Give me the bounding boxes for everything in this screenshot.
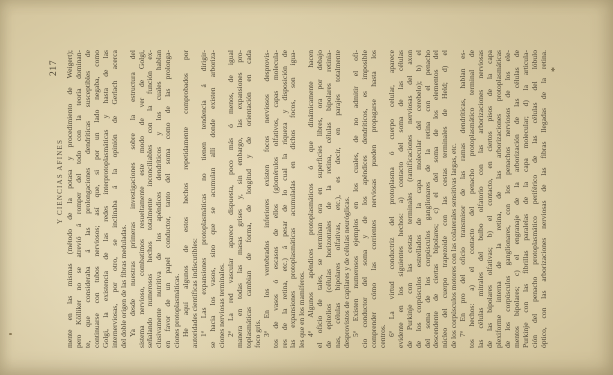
text-line: 4ª Algunos apéndices protoplasmáticos ó … — [307, 50, 316, 348]
text-line: se hacia los vasos, sino que se acumulan… — [209, 50, 218, 348]
text-line: 3ª En los vertebrados inferiores existen… — [263, 50, 272, 348]
text-line: Golgi, la existencia de las redes interp… — [102, 50, 111, 348]
text-line: núcleo del cuerpo trapezoide con las ces… — [441, 50, 450, 348]
running-head: Y CIENCIAS AFINES 217 — [52, 0, 66, 375]
text-line: las células mitrales del bulbo olfatorio… — [477, 50, 486, 348]
text-line: de los corpúsculos motores con las colat… — [450, 50, 459, 348]
text-line: tos hechos: a) el contacto del penacho p… — [468, 50, 477, 348]
text-line: 5ª Existen numerosos ejemplos en los cua… — [352, 50, 361, 348]
text-line: comprender cómo las corrientes nerviosas… — [370, 50, 379, 348]
text-line: foco gris. — [254, 50, 263, 348]
text-line: señalando numerosos hechos totalmente in… — [146, 50, 155, 348]
page-content: Y CIENCIAS AFINES 217 mente en las misma… — [0, 0, 613, 375]
text-line: del soma de los corpúsculos ganglionares… — [424, 50, 433, 348]
text-line: desprovistos de capilares y de células n… — [343, 50, 352, 348]
text-line: Ya desde nuestras primeras investigacion… — [129, 50, 138, 348]
text-line: el oficio de tales, se terminan ora en s… — [316, 50, 325, 348]
running-header: Y CIENCIAS AFINES — [56, 139, 64, 224]
text-line: centros. — [379, 50, 388, 348]
text-line: descendente de ciertas bipolares; c) el … — [432, 50, 441, 348]
text-line: les que en los mamíferos. — [298, 50, 307, 348]
text-line: las expansiones protoplasmáticas acumula… — [289, 50, 298, 348]
text-line: 6ª La virtud conductriz del protoplasma … — [388, 50, 397, 348]
text-line: óptico, con las arborizaciones nerviosas… — [540, 50, 549, 348]
footnote-asterisk: * — [550, 67, 561, 72]
text-line: nas, células bipolares olfativas, etc.),… — [334, 50, 343, 348]
text-line: de las bipolares olfativas; b) el contac… — [486, 50, 495, 348]
text-line: pero Kölliker no se atrevió á romper del… — [75, 50, 84, 348]
text-line: continuarse con tubos nerviosos; así que… — [93, 50, 102, 348]
text-line: en favor de un papel conductor, tanto de… — [164, 50, 173, 348]
text-line: ción del penacho protoplasmático perifér… — [531, 50, 540, 348]
text-line: evidente en los siguientes hechos: a) co… — [397, 50, 406, 348]
text-line: cio conductor del soma y de los apéndice… — [361, 50, 370, 348]
text-line: clusivamente nutritiva de los apéndices … — [155, 50, 164, 348]
text-line: ciones nerviosas terminales. — [218, 50, 227, 348]
text-line: 2ª La red vascular aparece dispuesta, po… — [227, 50, 236, 348]
paper-speck — [9, 333, 12, 335]
text-line: de los corpúsculos ganglionares, con los… — [504, 50, 513, 348]
text-line: te, que consideraba á las prolongaciones… — [84, 50, 93, 348]
text-line: del doble origen de las fibras meduladas… — [120, 50, 129, 348]
text-line: sistema nervioso, combatimos resueltamen… — [138, 50, 147, 348]
text-line: internerviosas, por otro, se inclinaba á… — [111, 50, 120, 348]
text-line: res de la retina, etc.) á pesar de lo cu… — [281, 50, 290, 348]
text-line: mentos bipolares; c) el engranaje de la … — [513, 50, 522, 348]
scanned-page: Y CIENCIAS AFINES 217 mente en las misma… — [0, 0, 613, 375]
text-line: de epitelios (células horizontales de la… — [325, 50, 334, 348]
text-line: de Purkinje con las cestas terminales (r… — [406, 50, 415, 348]
text-line: mente en las mismas (método de la potasa… — [66, 50, 75, 348]
text-line: ciones protoplasmáticas. — [173, 50, 182, 348]
text-line: He aquí algunos de estos hechos repetida… — [182, 50, 191, 348]
text-line: Purkinje con las fibrillas paralelas de … — [522, 50, 531, 348]
page-number: 217 — [49, 60, 59, 76]
text-line: tos de vasos ó escasos de ellos (gloméru… — [272, 50, 281, 348]
text-line: toplasmáticas cambian de forma, de longi… — [245, 50, 254, 348]
text-line: autoridades científicas indiscutibles: — [191, 50, 200, 348]
text-line: 1ª Las expansiones protoplasmáticas no t… — [200, 50, 209, 348]
text-line: 7ª En pro del oficio transmisor de las r… — [459, 50, 468, 348]
text-line: de los corpúsculos estrellados de la cap… — [415, 50, 424, 348]
body-text: mente en las mismas (método de la potasa… — [66, 50, 549, 348]
text-line: manera en todas las masas grises y, sin … — [236, 50, 245, 348]
text-line: plexiforme interna de la retina, de las … — [495, 50, 504, 348]
